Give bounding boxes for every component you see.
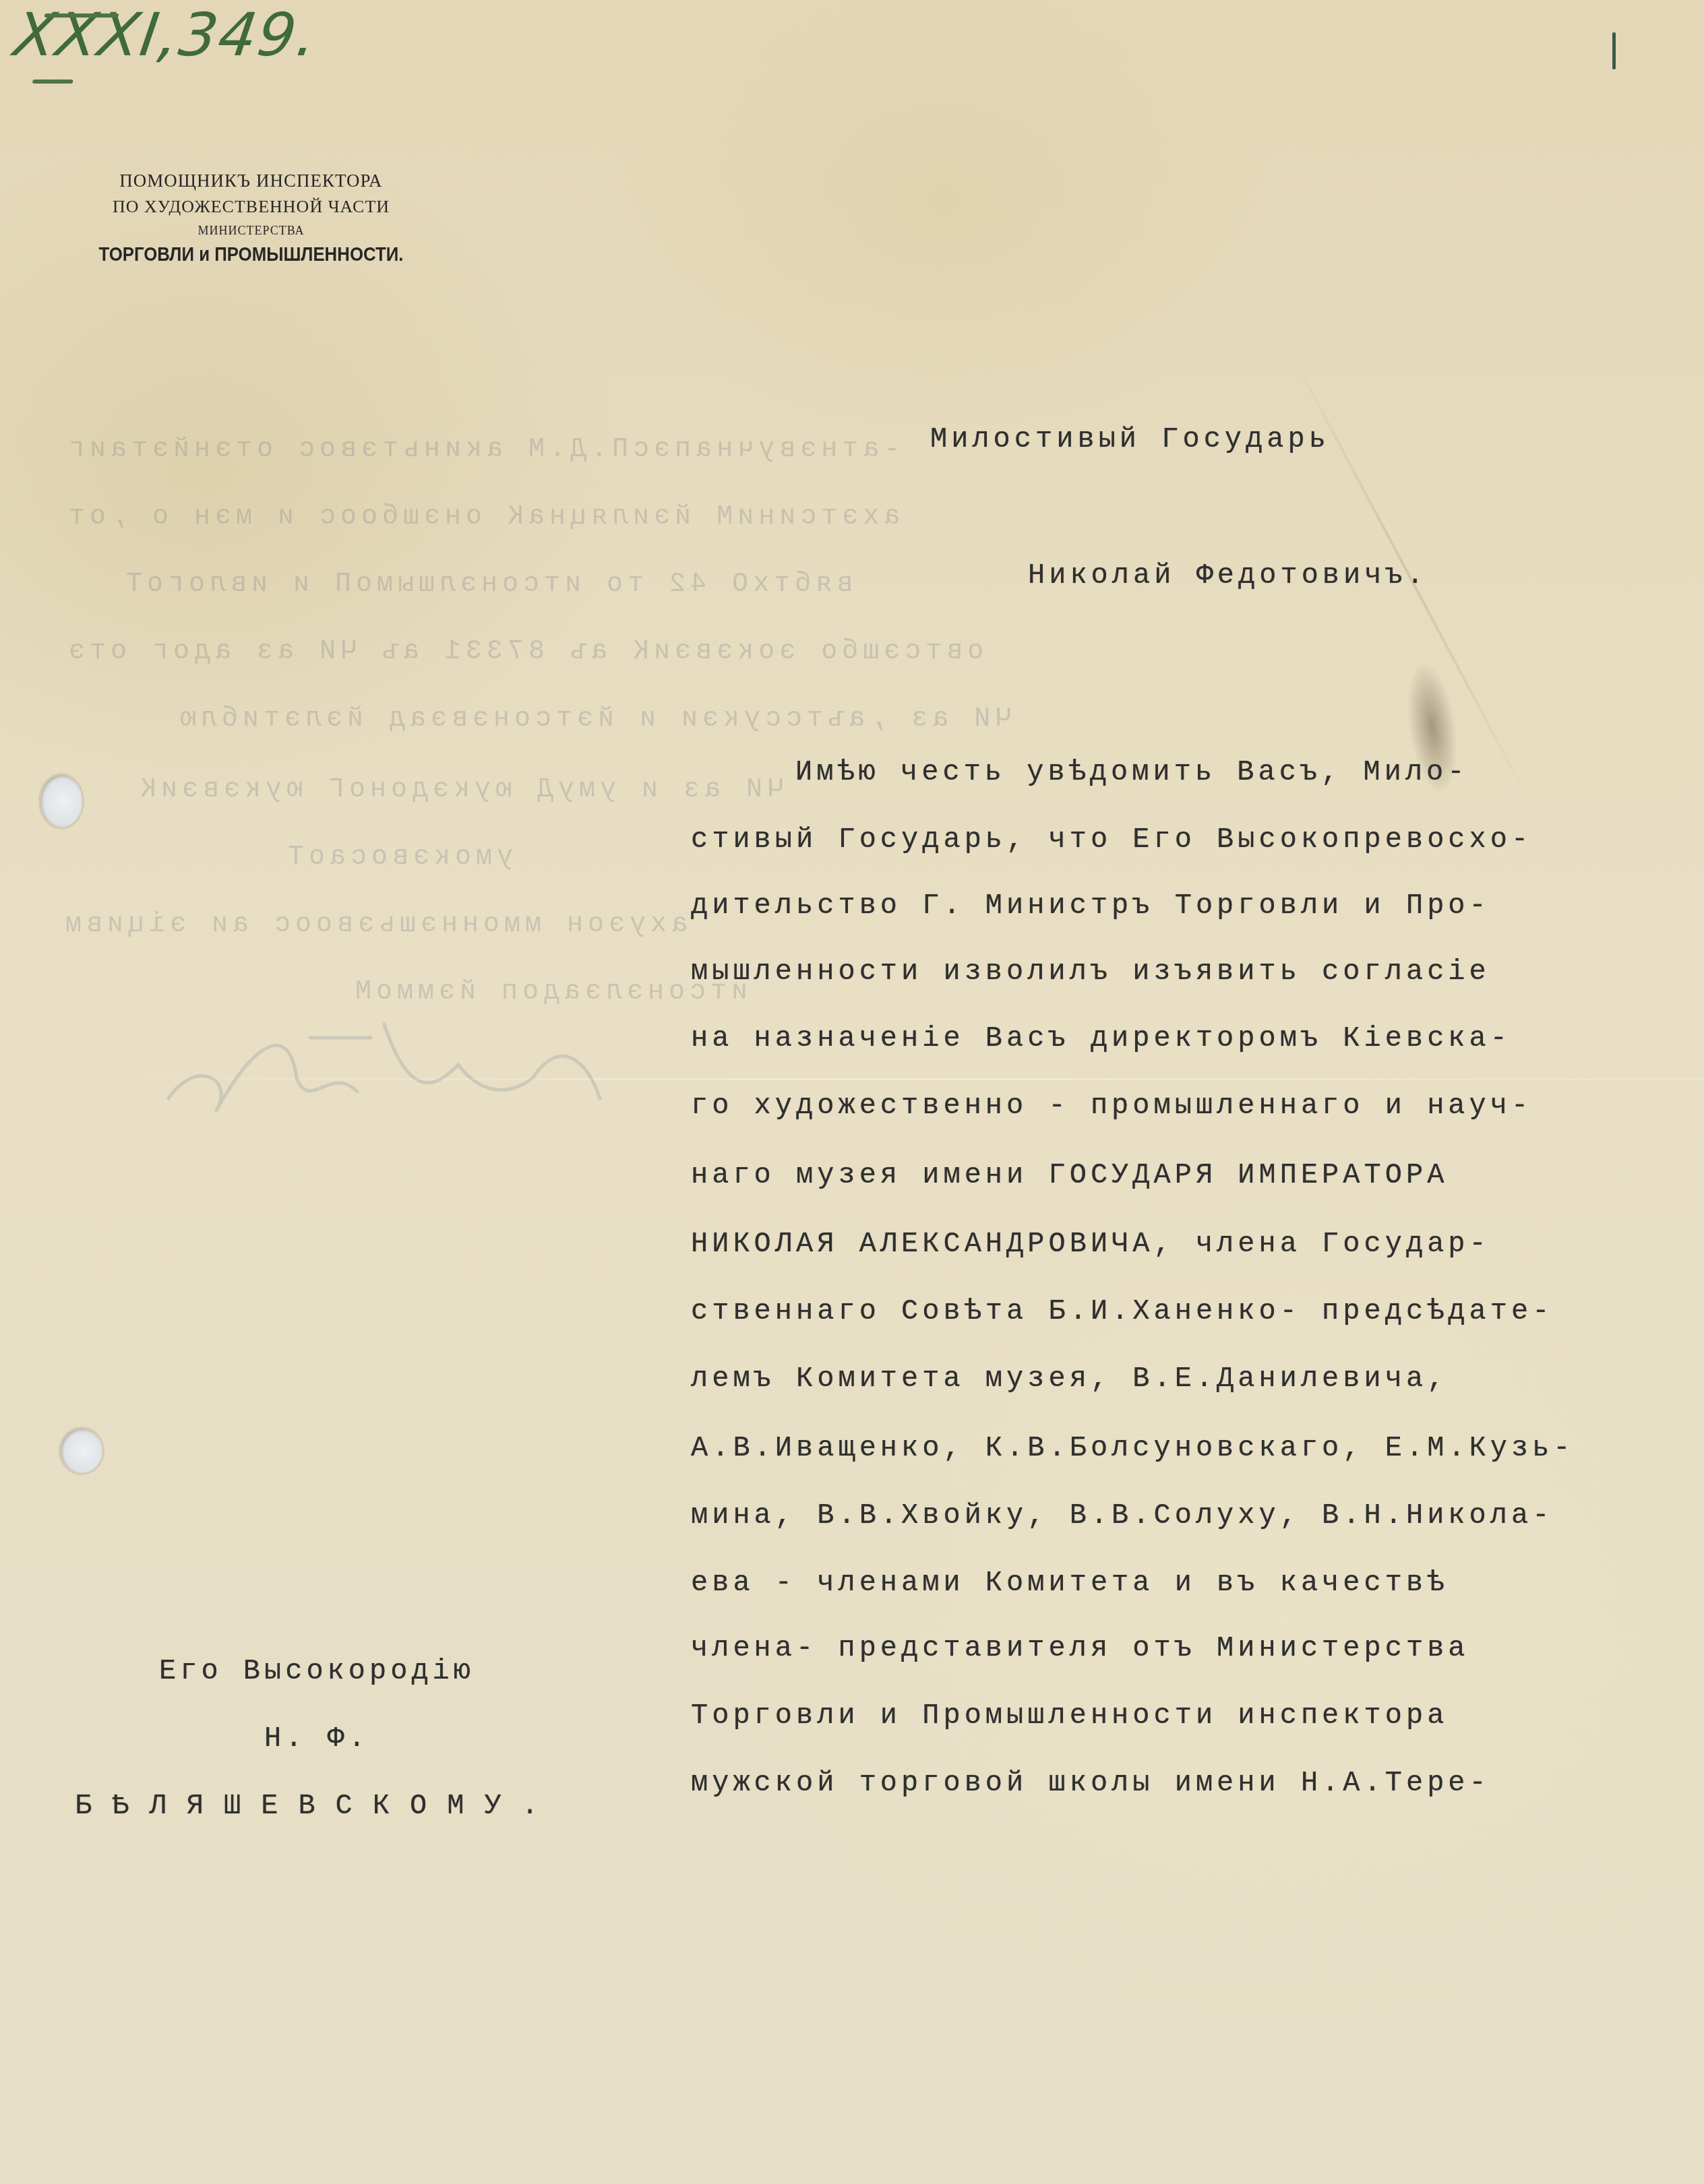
salutation-line-2: Николай Федотовичъ. (1028, 559, 1428, 592)
body-line: мышленности изволилъ изъявить согласіе (691, 956, 1490, 988)
archive-overline (44, 13, 119, 18)
body-line: А.В.Иващенко, К.В.Болсуновскаго, Е.М.Куз… (691, 1432, 1575, 1464)
addressee-initials: Н. Ф. (47, 1705, 586, 1772)
letterhead-title: ПОМОЩНИКЪ ИНСПЕКТОРА (67, 167, 435, 194)
body-line: ева - членами Комитета и въ качествѣ (691, 1567, 1448, 1599)
punch-hole-upper (40, 775, 82, 828)
faint-signature (155, 997, 627, 1132)
bleed-through-line: ЧИ аз и умуД юукэдоноГ юукэвэиК (115, 775, 783, 805)
body-line: члена- представителя отъ Министерства (691, 1632, 1469, 1664)
salutation-line-1: Милостивый Государь (930, 423, 1330, 456)
letterhead-department: ПО ХУДОЖЕСТВЕННОЙ ЧАСТИ (67, 194, 435, 220)
archive-underline (32, 80, 73, 84)
body-line: наго музея имени ГОСУДАРЯ ИМПЕРАТОРА (691, 1159, 1448, 1191)
body-line: НИКОЛАЯ АЛЕКСАНДРОВИЧА, члена Государ- (691, 1228, 1490, 1260)
letterhead: ПОМОЩНИКЪ ИНСПЕКТОРА ПО ХУДОЖЕСТВЕННОЙ Ч… (67, 167, 435, 268)
bleed-through-line: -атнэвучнапэсП.Д.М акиньтэвос отэнйэтаиг (64, 435, 900, 465)
bleed-through-line: ЧИ аз ,аътссукэи и йэтсонэвэад йэлэтиблю (175, 704, 1011, 735)
bleed-through-line: вябтхО 42 то итсонэлшымоП и ивлогоТ (121, 569, 853, 600)
archive-reference-number: XXXI,349. (10, 0, 322, 69)
bleed-through-line: ахэтсиниМ йэиляцнаК онэшбоос и мэн о ,от (64, 502, 900, 532)
body-line: лемъ Комитета музея, В.Е.Данилевича, (691, 1363, 1448, 1395)
archive-number-text: XXXI,349. (10, 0, 322, 69)
page-number-mark (1612, 32, 1616, 69)
bleed-through-line: овтсэшбо эокэвэиК аъ 87331 аъ ЧИ аз адог… (64, 637, 983, 667)
letterhead-ministry-label: МИНИСТЕРСТВА (67, 220, 435, 241)
bleed-through-line: умокэвосаоТ (283, 842, 513, 873)
body-line: мина, В.В.Хвойку, В.В.Солуху, В.Н.Никола… (691, 1499, 1553, 1532)
addressee-block: Его Высокородію Н. Ф. БѢЛЯШЕВСКОМУ. (47, 1637, 586, 1840)
body-line: мужской торговой школы имени Н.А.Тере- (691, 1767, 1490, 1799)
bleed-through-line: ахуэон ммоннэшьэвоос аи эіцивм (61, 910, 688, 940)
addressee-surname: БѢЛЯШЕВСКОМУ. (47, 1772, 586, 1840)
body-line: го художественно - промышленнаго и науч- (691, 1090, 1532, 1122)
addressee-honorific: Его Высокородію (47, 1637, 586, 1705)
punch-hole-lower (61, 1429, 102, 1473)
body-line: ственнаго Совѣта Б.И.Ханенко- предсѣдате… (691, 1295, 1553, 1328)
letterhead-ministry-name: ТОРГОВЛИ и ПРОМЫШЛЕННОСТИ. (93, 241, 409, 268)
body-line: Торговли и Промышленности инспектора (691, 1699, 1448, 1732)
body-line: на назначеніе Васъ директоромъ Кіевска- (691, 1022, 1511, 1055)
body-line: стивый Государь, что Его Высокопревосхо- (691, 823, 1532, 856)
body-line: Имѣю честь увѣдомить Васъ, Мило- (795, 756, 1469, 788)
body-line: дительство Г. Министръ Торговли и Про- (691, 890, 1490, 922)
